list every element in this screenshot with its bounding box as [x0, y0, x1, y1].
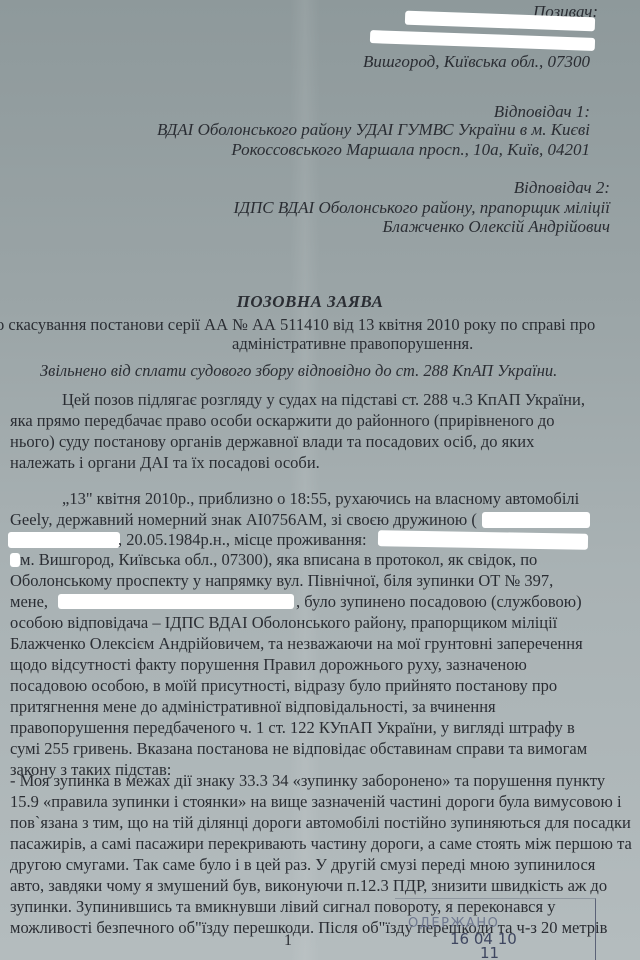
- stamp-number: 11: [480, 944, 499, 960]
- para3-line: пасажирів, а самі пасажири перекривають …: [10, 834, 632, 854]
- para3-line: пов`язана з тим, що на тій ділянці дорог…: [10, 813, 631, 833]
- para2-line: , 20.05.1984р.н., місце проживання:: [118, 530, 367, 550]
- para2-line: мене,: [10, 592, 48, 612]
- para3-line: - Моя зупинка в межах дії знаку 33.3 34 …: [10, 771, 605, 791]
- para2-line: , було зупинено посадовою (службовою): [296, 592, 582, 612]
- para3-line: авто, завдяки чому я змушений був, викон…: [10, 876, 607, 896]
- fee-exemption-note: Звільнено від сплати судового збору відп…: [40, 361, 557, 381]
- para2-line: „13" квітня 2010р., приблизно о 18:55, р…: [62, 489, 579, 509]
- redaction-wife-name: [482, 512, 590, 528]
- plaintiff-address: Вишгород, Київська обл., 07300: [363, 52, 590, 72]
- para2-line: щодо відсутності факту порушення Правил …: [10, 655, 527, 675]
- page-number: 1: [284, 932, 292, 950]
- defendant1-address: Рокоссовського Маршала просп., 10а, Київ…: [231, 140, 590, 160]
- para2-line: сумі 255 гривень. Вказана постанова не в…: [10, 739, 587, 759]
- para1-line: Цей позов підлягає розгляду у судах на п…: [62, 390, 585, 410]
- para2-line: посадовою особою, в моїй присутності, ві…: [10, 676, 557, 696]
- para2-line: м. Вишгород, Київська обл., 07300), яка …: [20, 550, 537, 570]
- para1-line: нього) суду постанову органів державної …: [10, 432, 534, 452]
- defendant2-name: ІДПС ВДАІ Оболонського району, прапорщик…: [234, 198, 610, 218]
- para1-line: яка прямо передбачає право особи оскаржи…: [10, 411, 555, 431]
- para2-line: Блажченко Олексієм Андрійовичем, та незв…: [10, 634, 583, 654]
- para1-line: належать і органи ДАІ та їх посадові осо…: [10, 453, 320, 473]
- subject-line-1: о скасування постанови серії АА № АА 511…: [0, 315, 595, 335]
- redaction-plaintiff-name-body: [58, 594, 294, 609]
- defendant2-label: Відповідач 2:: [514, 178, 610, 198]
- para2-line: особою відповідача – ІДПС ВДАІ Оболонськ…: [10, 613, 557, 633]
- redaction-address-2: [10, 553, 20, 567]
- subject-line-2: адміністративне правопорушення.: [232, 334, 473, 354]
- defendant1-name: ВДАІ Оболонського району УДАІ ГУМВС Укра…: [157, 120, 590, 140]
- para3-line: 15.9 «правила зупинки і стоянки» на вище…: [10, 792, 622, 812]
- para2-line: притягнення мене до адміністративної від…: [10, 697, 496, 717]
- document-title: ПОЗОВНА ЗАЯВА: [0, 292, 630, 312]
- para2-line: Geely, державний номерний знак АІ0756АМ,…: [10, 510, 477, 530]
- para3-line: другою смугами. Так саме було і в цей ра…: [10, 855, 595, 875]
- para2-line: Оболонському проспекту у напрямку вул. П…: [10, 571, 553, 591]
- redaction-wife-name-2: [8, 532, 120, 548]
- defendant2-person: Блажченко Олексій Андрійович: [383, 217, 611, 237]
- defendant1-label: Відповідач 1:: [494, 102, 590, 122]
- document-page: Позивач: Вишгород, Київська обл., 07300 …: [0, 0, 640, 960]
- redaction-plaintiff-street: [370, 30, 595, 51]
- para2-line: правопорушення передбаченого ч. 1 ст. 12…: [10, 718, 575, 738]
- redaction-address: [378, 530, 588, 550]
- stamp-label: ОДЕРЖАНО: [408, 916, 499, 931]
